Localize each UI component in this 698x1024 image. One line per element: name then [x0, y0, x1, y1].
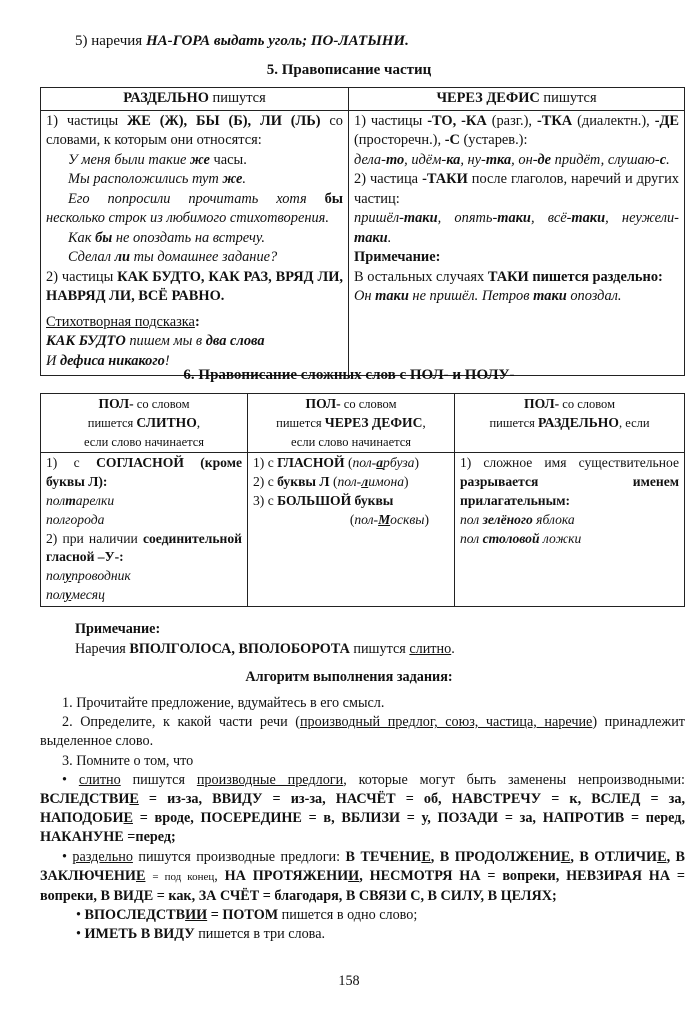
intro-line: 5) наречия НА-ГОРА выдать уголь; ПО-ЛАТЫ… [75, 32, 409, 51]
example: У меня были такие же часы. [46, 151, 343, 171]
bullet-together: • слитно пишутся производные предлоги, к… [40, 771, 685, 848]
step-2: 2. Определите, к какой части речи (произ… [40, 713, 685, 751]
table5-cell-hyphen: 1) частицы -ТО, -КА (разг.), -ТКА (диале… [349, 110, 685, 376]
note-label: Примечание: [354, 248, 679, 268]
table6-header-2: ПОЛ- со словом пишется ЧЕРЕЗ ДЕФИС, если… [248, 394, 455, 453]
table6-header-3: ПОЛ- со словом пишется РАЗДЕЛЬНО, если [455, 394, 685, 453]
example: полтарелки [46, 492, 242, 511]
step-1: 1. Прочитайте предложение, вдумайтесь в … [40, 694, 685, 713]
example: Сделал ли ты домашнее задание? [46, 248, 343, 268]
note-text: В остальных случаях ТАКИ пишется раздель… [354, 268, 679, 288]
table6-cell-hyphen: 1) с ГЛАСНОЙ (пол-арбуза) 2) с буквы Л (… [248, 453, 455, 606]
section5-title: 5. Правописание частиц [0, 61, 698, 80]
pol-table: ПОЛ- со словом пишется СЛИТНО, если слов… [40, 393, 685, 607]
bullet-separate: • раздельно пишутся производные предлоги… [40, 848, 685, 907]
note-text: Наречия ВПОЛГОЛОСА, ВПОЛОБОРОТА пишутся … [75, 640, 455, 659]
example: дела-то, идём-ка, ну-тка, он-де придёт, … [354, 151, 679, 171]
section6-title: 6. Правописание сложных слов с ПОЛ- и ПО… [0, 366, 698, 385]
example: Его попросили прочитать хотя бы нескольк… [46, 190, 343, 229]
example: пришёл-таки, опять-таки, всё-таки, неуже… [354, 209, 679, 248]
example: Как бы не опоздать на встречу. [46, 229, 343, 249]
page-number: 158 [0, 972, 698, 991]
step-3: 3. Помните о том, что [40, 752, 685, 771]
table5-header-hyphen: ЧЕРЕЗ ДЕФИС пишутся [349, 88, 685, 111]
example: пол столовой ложки [460, 530, 679, 549]
example: Мы расположились тут же. [46, 170, 343, 190]
hint-label: Стихотворная подсказка: [46, 313, 343, 333]
note-label: Примечание: [75, 620, 160, 639]
bullet-imet-v-vidu: • ИМЕТЬ В ВИДУ пишется в три слова. [40, 925, 685, 944]
algorithm-title: Алгоритм выполнения задания: [0, 668, 698, 687]
example: полупроводник [46, 567, 242, 586]
rule-hyphen-2: 2) частица -ТАКИ после глаголов, наречий… [354, 170, 679, 209]
example: полгорода [46, 511, 242, 530]
bullet-vposledstvii: • ВПОСЛЕДСТВИИ = ПОТОМ пишется в одно сл… [40, 906, 685, 925]
rule-hyphen-1: 1) частицы -ТО, -КА (разг.), -ТКА (диале… [354, 112, 679, 151]
rule-particles-1: 1) частицы ЖЕ (Ж), БЫ (Б), ЛИ (ЛЬ) со сл… [46, 112, 343, 151]
table6-header-1: ПОЛ- со словом пишется СЛИТНО, если слов… [41, 394, 248, 453]
particles-table: РАЗДЕЛЬНО пишутся ЧЕРЕЗ ДЕФИС пишутся 1)… [40, 87, 685, 376]
example: полумесяц [46, 586, 242, 605]
table6-cell-separate: 1) сложное имя существительное разрывает… [455, 453, 685, 606]
table5-cell-separate: 1) частицы ЖЕ (Ж), БЫ (Б), ЛИ (ЛЬ) со сл… [41, 110, 349, 376]
example: Он таки не пришёл. Петров таки опоздал. [354, 287, 679, 307]
example: пол зелёного яблока [460, 511, 679, 530]
algorithm-body: 1. Прочитайте предложение, вдумайтесь в … [40, 694, 685, 945]
table6-cell-together: 1) с СОГЛАСНОЙ (кроме буквы Л): полтарел… [41, 453, 248, 606]
rule-particles-2: 2) частицы КАК БУДТО, КАК РАЗ, ВРЯД ЛИ, … [46, 268, 343, 307]
table5-header-separate: РАЗДЕЛЬНО пишутся [41, 88, 349, 111]
hint-line-1: КАК БУДТО пишем мы в два слова [46, 332, 343, 352]
